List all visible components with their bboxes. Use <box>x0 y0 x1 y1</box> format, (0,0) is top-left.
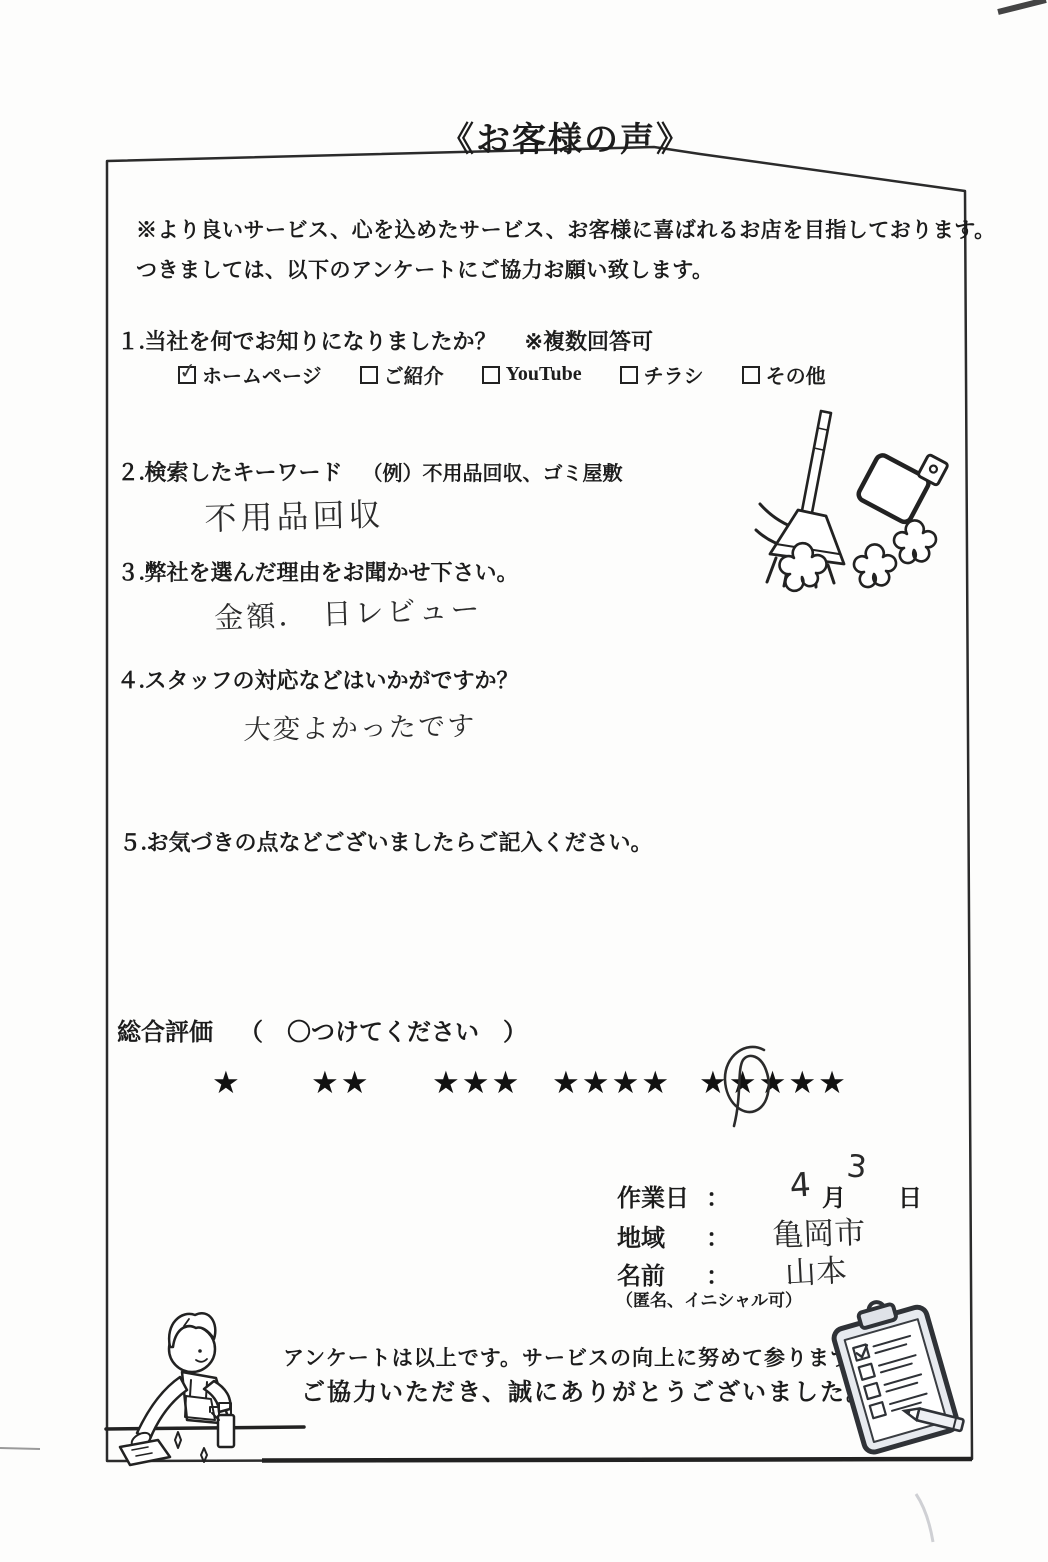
checkbox-homepage[interactable]: ✓ ホームページ <box>178 360 322 389</box>
q1-options-row: ✓ ホームページ ご紹介 YouTube チラシ その他 <box>178 360 826 389</box>
closing-line-1: アンケートは以上です。サービスの向上に努めて参ります。 <box>283 1342 872 1372</box>
rating-label: 総合評価 <box>117 1012 213 1047</box>
cleaning-cloth-icon <box>120 1440 170 1465</box>
spray-bottle-icon <box>218 1415 234 1447</box>
question-1: １.当社を何でお知りになりましたか？※複数回答可 <box>117 325 653 356</box>
intro-line-2: つきましては、以下のアンケートにご協力お願い致します。 <box>136 254 714 284</box>
closing-line-2: ご協力いただき、誠にありがとうございました。 <box>301 1372 872 1407</box>
work-date-colon: ： <box>706 1178 730 1213</box>
question-4-label: ４.スタッフの対応などはいかがですか？ <box>117 664 519 695</box>
checkbox-box[interactable] <box>742 366 760 384</box>
question-1-label: １.当社を何でお知りになりましたか？ <box>117 329 497 354</box>
scan-artifact-bottom-left <box>0 1448 40 1449</box>
intro-line-1: ※より良いサービス、心を込めたサービス、お客様に喜ばれるお店を目指しております。 <box>136 214 996 244</box>
clipboard-checklist-illustration <box>818 1293 983 1468</box>
person-eye <box>198 1349 202 1353</box>
rating-option-3-stars[interactable]: ★★★ <box>432 1068 521 1099</box>
broom-dustpan-illustration <box>752 398 977 603</box>
rating-option-4-stars[interactable]: ★★★★ <box>552 1068 671 1099</box>
scan-artifact-top-right <box>998 0 1046 12</box>
checkbox-label-youtube: YouTube <box>506 363 582 386</box>
q4-handwritten-answer: 大変よかったです <box>243 704 477 747</box>
region-label: 地域 <box>617 1218 665 1253</box>
overall-rating-row: 総合評価 （ 〇つけてください ） <box>117 1012 527 1047</box>
question-2-label: ２.検索したキーワード <box>117 460 343 485</box>
question-3-label: ３.弊社を選んだ理由をお聞かせ下さい。 <box>117 556 519 587</box>
checkmark-icon: ✓ <box>177 357 198 383</box>
checkbox-label-referral: ご紹介 <box>384 360 444 389</box>
handwritten-circle-mark <box>712 1040 796 1132</box>
sparkle-icon <box>201 1448 207 1462</box>
broom-handle-icon <box>801 411 831 518</box>
cleaning-person-illustration <box>92 1295 307 1475</box>
rating-option-1-star[interactable]: ★ <box>212 1068 242 1099</box>
checkbox-referral[interactable]: ご紹介 <box>360 360 444 389</box>
sparkle-icon <box>175 1432 181 1448</box>
question-2-hint: （例）不用品回収、ゴミ屋敷 <box>363 463 623 485</box>
region-colon: ： <box>706 1218 730 1253</box>
dustpan-icon <box>856 434 948 529</box>
checkbox-label-other: その他 <box>766 360 826 389</box>
checkbox-youtube[interactable]: YouTube <box>482 363 582 386</box>
anonymous-note: （匿名、イニシャル可） <box>616 1286 802 1311</box>
table-edge-line <box>106 1427 304 1429</box>
work-date-day-value-handwritten: 3 <box>845 1148 868 1186</box>
page-title: 《お客様の声》 <box>440 112 692 161</box>
scan-artifact-bottom-right <box>916 1494 933 1542</box>
checkbox-flyer[interactable]: チラシ <box>620 360 704 389</box>
work-date-label: 作業日 <box>617 1178 689 1213</box>
rating-instruction: （ 〇つけてください ） <box>239 1012 527 1047</box>
checkbox-label-flyer: チラシ <box>644 360 704 389</box>
checkbox-box[interactable] <box>620 366 638 384</box>
checkbox-other[interactable]: その他 <box>742 360 826 389</box>
question-2: ２.検索したキーワード（例）不用品回収、ゴミ屋敷 <box>117 456 623 487</box>
question-1-note: ※複数回答可 <box>525 329 653 354</box>
work-date-day-label: 日 <box>898 1178 922 1213</box>
rating-option-2-stars[interactable]: ★★ <box>311 1068 371 1099</box>
survey-scan-page: 《お客様の声》 ※より良いサービス、心を込めたサービス、お客様に喜ばれるお店を目… <box>0 0 1048 1562</box>
question-5-label: ５.お気づきの点などございましたらご記入ください。 <box>119 826 653 857</box>
work-date-month-value-handwritten: 4 <box>788 1165 812 1205</box>
checkbox-label-homepage: ホームページ <box>202 360 322 389</box>
q2-handwritten-answer: 不用品回収 <box>204 489 385 540</box>
checkbox-box[interactable] <box>482 366 500 384</box>
checkbox-box[interactable] <box>360 366 378 384</box>
checkbox-box-checked[interactable]: ✓ <box>178 366 196 384</box>
